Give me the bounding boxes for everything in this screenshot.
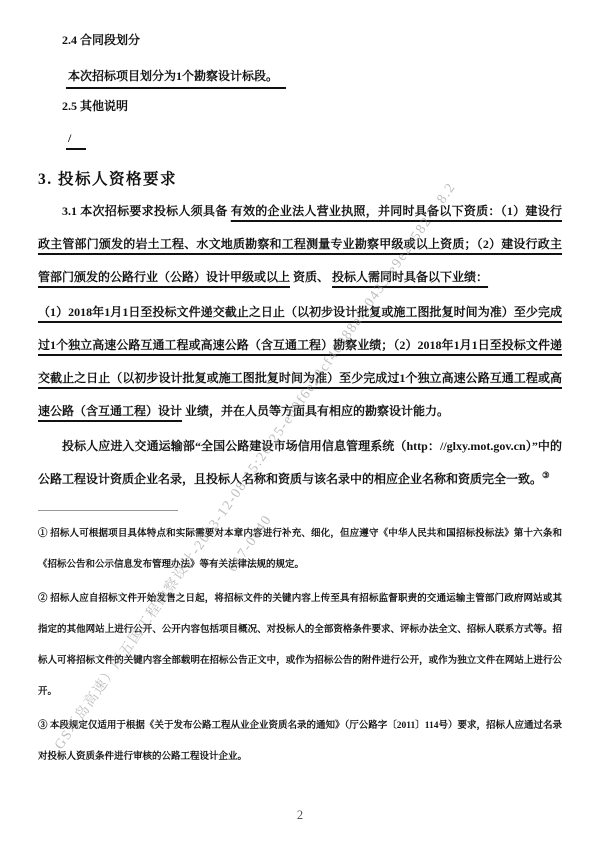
footnote-2-marker: ②: [38, 594, 48, 604]
section-2-5-heading: 2.5 其他说明: [62, 99, 562, 113]
other-notes-value: /: [66, 131, 86, 150]
footnote-separator: [38, 510, 178, 511]
paragraph-qualification-3-1: 3.1 本次招标要求投标人须具备 有效的企业法人营业执照，并同时具备以下资质：（…: [38, 195, 562, 294]
paragraph-performance-requirements: （1）2018年1月1日至投标文件递交截止之日止（以初步设计批复或施工图批复时间…: [38, 296, 562, 428]
page-number: 2: [0, 808, 600, 823]
footnote-1-marker: ①: [38, 529, 48, 539]
section-3-heading: 3. 投标人资格要求: [38, 170, 562, 189]
contract-section-division-value: 本次招标项目划分为1个勘察设计标段。: [66, 69, 286, 89]
document-page: GS环岛高速）所五国工程勘察设计-2023-12-08 15:26:25-e00…: [0, 0, 600, 849]
footnote-3-marker: ③: [38, 721, 48, 731]
footnote-3: ③ 本段规定仅适用于根据《关于发布公路工程从业企业资质名录的通知》（厅公路字〔2…: [38, 711, 562, 773]
footnote-1-text: 招标人可根据项目具体特点和实际需要对本章内容进行补充、细化，但应遵守《中华人民共…: [38, 529, 562, 570]
section-2-4-heading: 2.4 合同段划分: [62, 33, 562, 47]
document-content: 2.4 合同段划分 本次招标项目划分为1个勘察设计标段。 2.5 其他说明 / …: [0, 0, 600, 773]
paragraph-credit-system: 投标人应进入交通运输部“全国公路建设市场信用信息管理系统（http：//glxy…: [38, 430, 562, 496]
footnote-3-text: 本段规定仅适用于根据《关于发布公路工程从业企业资质名录的通知》（厅公路字〔201…: [38, 721, 562, 762]
section-2-4-answer: 本次招标项目划分为1个勘察设计标段。: [66, 69, 562, 83]
footnote-2-text: 招标人应自招标文件开始发售之日起，将招标文件的关键内容上传至具有招标监督职责的交…: [38, 594, 562, 697]
footnotes: ① 招标人可根据项目具体特点和实际需要对本章内容进行补充、细化，但应遵守《中华人…: [38, 519, 562, 773]
section-2-5-answer: /: [66, 131, 562, 150]
footnote-1: ① 招标人可根据项目具体特点和实际需要对本章内容进行补充、细化，但应遵守《中华人…: [38, 519, 562, 581]
footnote-2: ② 招标人应自招标文件开始发售之日起，将招标文件的关键内容上传至具有招标监督职责…: [38, 584, 562, 708]
